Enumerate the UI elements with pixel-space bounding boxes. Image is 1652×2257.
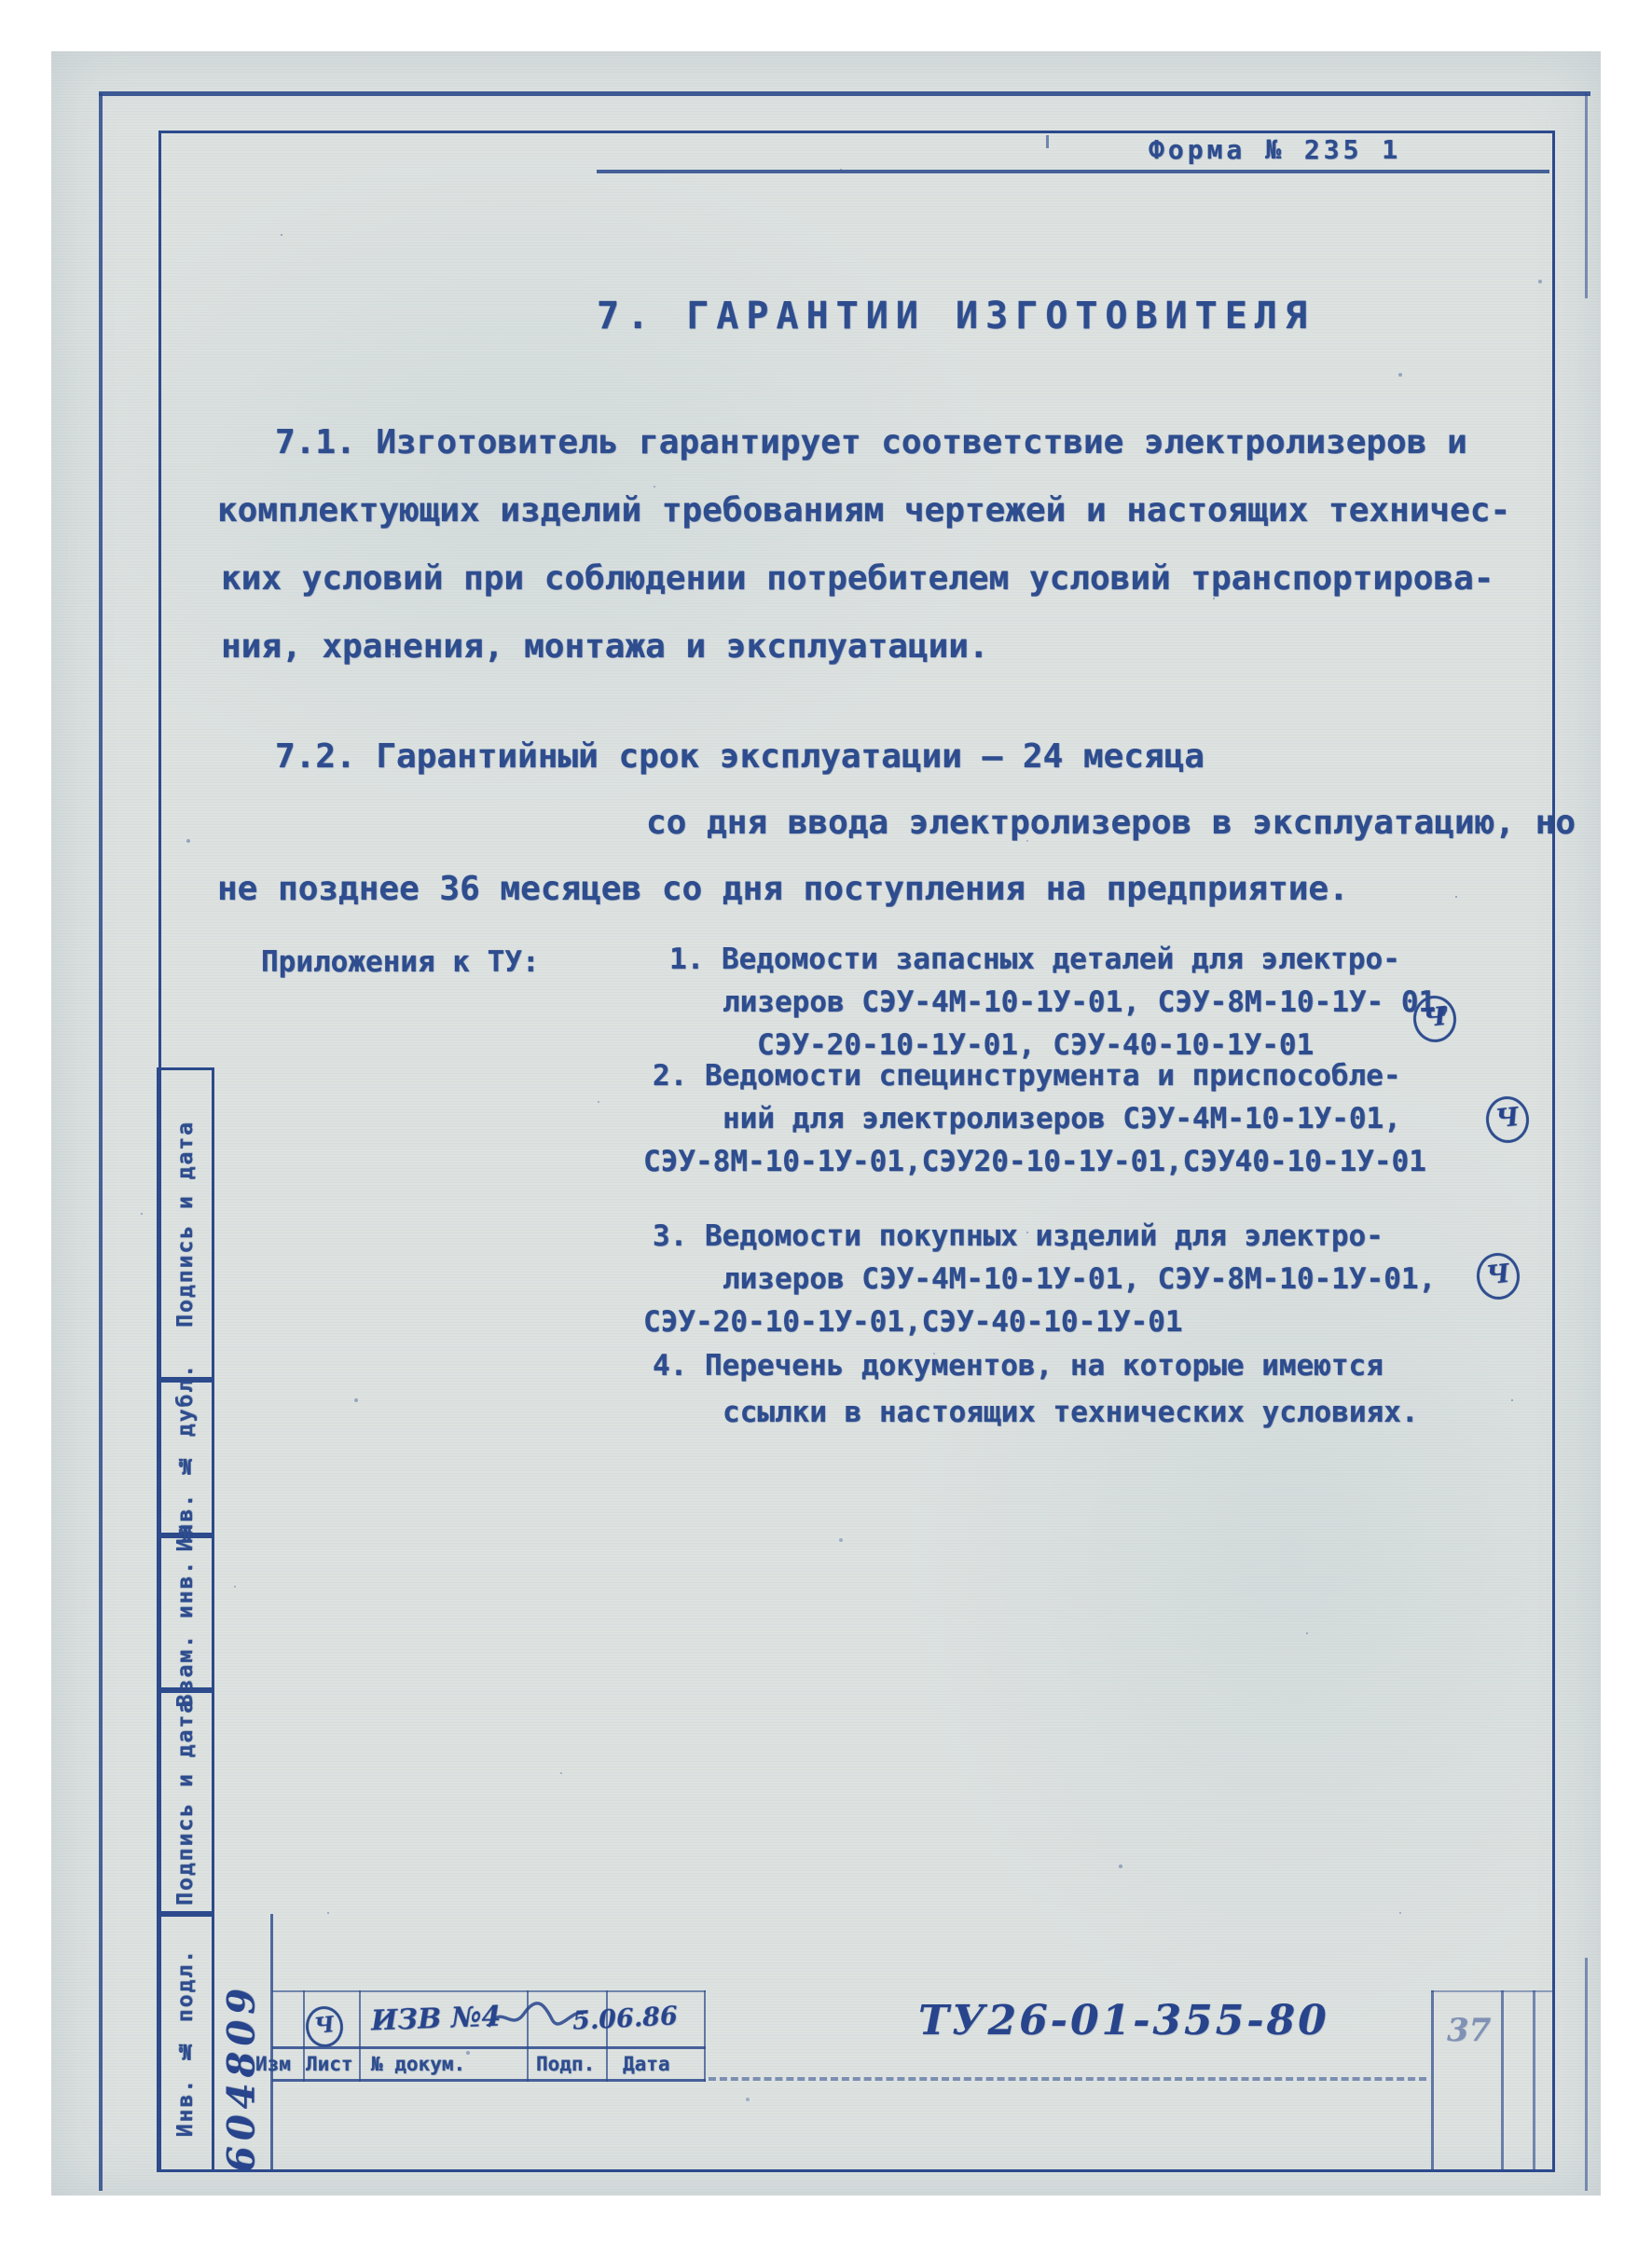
stamp-date: 5.06.86 — [571, 2002, 678, 2036]
stamp-doc-ref: ИЗВ №4 — [370, 2001, 501, 2038]
sheet-box-line-3 — [1533, 1990, 1535, 2172]
appendix-item-4: 4. Перечень документов, на которые имеют… — [643, 1342, 1419, 1436]
sidebar-label: Подпись и дата — [173, 1121, 198, 1328]
appendix-item-1: 1. Ведомости запасных деталей для электр… — [653, 938, 1453, 1067]
appendices-label: Приложения к ТУ: — [261, 945, 540, 979]
sidebar-cell-signature-date-bottom: Подпись и дата — [157, 1690, 214, 1914]
stamp-label-izm: Изм — [255, 2053, 291, 2075]
stamp-label-list: Лист — [306, 2053, 353, 2075]
paragraph-line: 7.1. Изготовитель гарантирует соответств… — [275, 408, 1510, 476]
form-label-underline — [597, 170, 1549, 173]
sidebar-cell-inv-podl: Инв. № подл. — [157, 1914, 214, 2172]
sidebar-label: Инв. № подл. — [173, 1948, 198, 2137]
appendix-line: лизеров СЭУ-4М-10-1У-01, СЭУ-8М-10-1У- 0… — [723, 981, 1453, 1024]
stamp-line-bottom — [272, 2079, 706, 2082]
paragraph-7-1: 7.1. Изготовитель гарантирует соответств… — [217, 408, 1510, 681]
paragraph-line: со дня ввода электролизеров в эксплуатац… — [646, 790, 1576, 856]
stamp-label-data: Дата — [623, 2053, 670, 2075]
appendix-line: СЭУ-20-10-1У-01,СЭУ-40-10-1У-01 — [643, 1301, 1436, 1343]
center-tick — [1046, 135, 1049, 148]
stamp-col-2 — [359, 1990, 361, 2082]
stamp-col-1 — [303, 1990, 305, 2082]
outer-border-left — [99, 93, 103, 2191]
sidebar-label: Взам. инв. № — [173, 1519, 198, 1707]
stamp-col-5 — [704, 1990, 706, 2082]
paragraph-line: 7.2. Гарантийный срок эксплуатации – 24 … — [275, 723, 1576, 790]
appendix-item-3: 3. Ведомости покупных изделий для электр… — [643, 1215, 1436, 1343]
sidebar-cell-inv-dubl: Инв. № дубл. — [157, 1380, 214, 1535]
appendix-line: СЭУ-8М-10-1У-01,СЭУ20-10-1У-01,СЭУ40-10-… — [643, 1140, 1426, 1183]
stamp-col-4 — [606, 1990, 608, 2082]
outer-border-right-bottom — [1585, 1958, 1588, 2191]
appendix-line: ссылки в настоящих технических условиях. — [723, 1389, 1419, 1436]
stamp-label-podp: Подп. — [536, 2053, 595, 2075]
stamp-line-mid — [272, 2046, 706, 2049]
appendix-line: ний для электролизеров СЭУ-4М-10-1У-01, — [723, 1097, 1426, 1140]
paragraph-7-2: 7.2. Гарантийный срок эксплуатации – 24 … — [217, 723, 1576, 922]
document-number: ТУ26-01-355-80 — [918, 1997, 1329, 2044]
paragraph-line: не позднее 36 месяцев со дня поступления… — [217, 856, 1576, 922]
paragraph-line: ния, хранения, монтажа и эксплуатации. — [221, 612, 1510, 681]
sheet-box-line-2 — [1501, 1990, 1504, 2172]
appendix-line: 3. Ведомости покупных изделий для электр… — [653, 1215, 1436, 1258]
sheet-number: 37 — [1447, 2012, 1491, 2049]
appendix-line: 4. Перечень документов, на которые имеют… — [653, 1342, 1419, 1389]
appendix-line: лизеров СЭУ-4М-10-1У-01, СЭУ-8М-10-1У-01… — [723, 1258, 1436, 1301]
inventory-column-divider — [270, 1914, 273, 2172]
sidebar-cell-signature-date-top: Подпись и дата — [157, 1067, 214, 1380]
sheet-box-line-top — [1431, 1990, 1555, 1992]
scanned-page: Форма № 235 1 7. ГАРАНТИИ ИЗГОТОВИТЕЛЯ 7… — [51, 51, 1601, 2195]
form-label: Форма № 235 1 — [1149, 134, 1401, 165]
stamp-label-docnum: № докум. — [371, 2053, 465, 2075]
appendix-item-2: 2. Ведомости специнструмента и приспособ… — [643, 1054, 1426, 1183]
page-title: 7. ГАРАНТИИ ИЗГОТОВИТЕЛЯ — [597, 295, 1315, 337]
sheet-box-line-1 — [1431, 1990, 1434, 2172]
outer-border-right-top — [1585, 93, 1588, 298]
stamp-line-top — [272, 1990, 706, 1992]
outer-border-top — [99, 91, 1590, 96]
sidebar-cell-vzam-inv: Взам. инв. № — [157, 1535, 214, 1690]
title-block-faded-line — [709, 2077, 1426, 2081]
appendix-line: 1. Ведомости запасных деталей для электр… — [669, 938, 1453, 981]
appendix-line: 2. Ведомости специнструмента и приспособ… — [653, 1054, 1426, 1097]
paragraph-line: ких условий при соблюдении потребителем … — [221, 544, 1510, 612]
paragraph-line: комплектующих изделий требованиям чертеж… — [217, 476, 1510, 544]
sidebar-label: Подпись и дата — [173, 1699, 198, 1906]
